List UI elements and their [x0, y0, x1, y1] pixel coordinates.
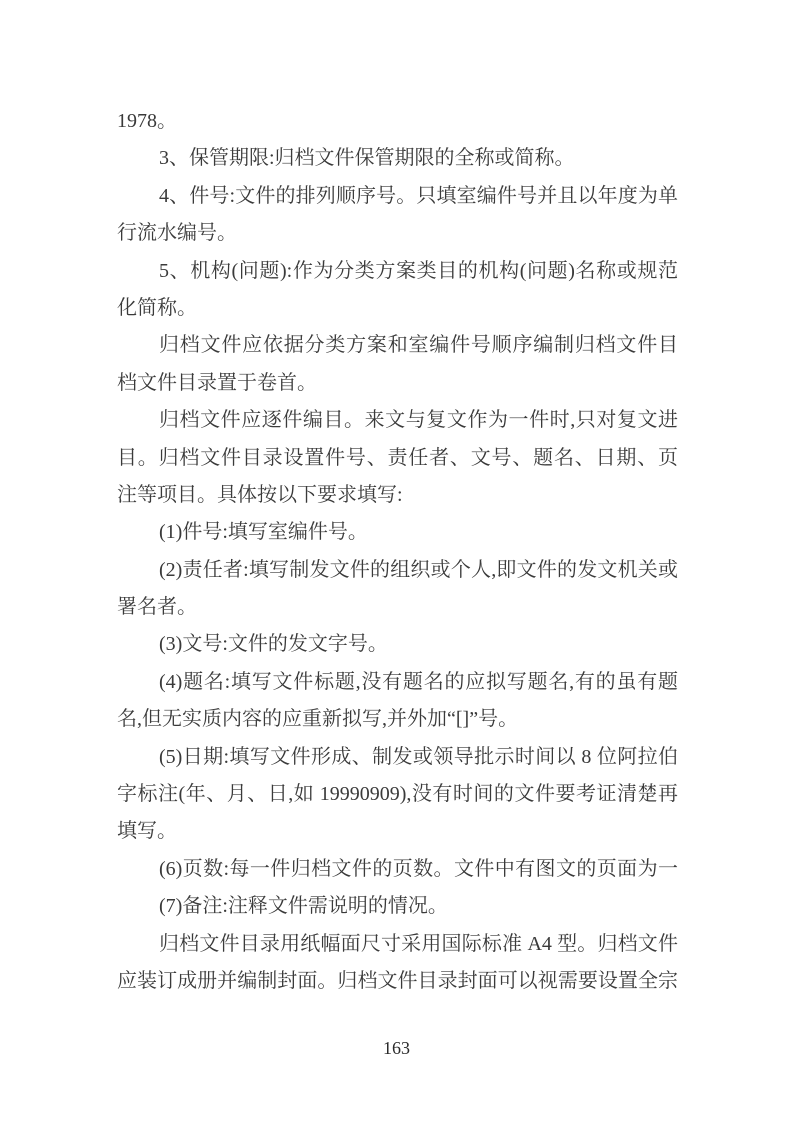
text-line: (3)文号:文件的发文字号。: [117, 626, 678, 663]
text-line: 5、机构(问题):作为分类方案类目的机构(问题)名称或规范: [117, 253, 678, 290]
text-line: 注等项目。具体按以下要求填写:: [117, 477, 678, 514]
text-line: 填写。: [117, 813, 678, 850]
text-line: (7)备注:注释文件需说明的情况。: [117, 888, 678, 925]
text-line: 档文件目录置于卷首。: [117, 365, 678, 402]
document-page: 1978。3、保管期限:归档文件保管期限的全称或简称。4、件号:文件的排列顺序号…: [0, 0, 793, 1122]
text-line: 归档文件应逐件编目。来文与复文作为一件时,只对复文进行编: [117, 402, 678, 439]
document-text: 1978。3、保管期限:归档文件保管期限的全称或简称。4、件号:文件的排列顺序号…: [117, 103, 678, 1000]
text-line: 行流水编号。: [117, 215, 678, 252]
text-line: 化简称。: [117, 290, 678, 327]
page-number: 163: [0, 1038, 793, 1059]
text-line: 署名者。: [117, 589, 678, 626]
text-line: (6)页数:每一件归档文件的页数。文件中有图文的页面为一页。: [117, 851, 678, 888]
text-line: 1978。: [117, 103, 678, 140]
text-line: 应装订成册并编制封面。归档文件目录封面可以视需要设置全宗名称、: [117, 963, 678, 1000]
text-line: (2)责任者:填写制发文件的组织或个人,即文件的发文机关或: [117, 552, 678, 589]
text-line: 名,但无实质内容的应重新拟写,并外加“[]”号。: [117, 701, 678, 738]
text-line: (1)件号:填写室编件号。: [117, 514, 678, 551]
text-line: 3、保管期限:归档文件保管期限的全称或简称。: [117, 140, 678, 177]
text-line: (5)日期:填写文件形成、制发或领导批示时间以 8 位阿拉伯数: [117, 739, 678, 776]
text-line: 目。归档文件目录设置件号、责任者、文号、题名、日期、页数、备: [117, 440, 678, 477]
text-line: 归档文件应依据分类方案和室编件号顺序编制归档文件目录。归: [117, 327, 678, 364]
text-line: (4)题名:填写文件标题,没有题名的应拟写题名,有的虽有题: [117, 664, 678, 701]
text-line: 归档文件目录用纸幅面尺寸采用国际标准 A4 型。归档文件目录: [117, 926, 678, 963]
text-line: 字标注(年、月、日,如 19990909),没有时间的文件要考证清楚再: [117, 776, 678, 813]
text-line: 4、件号:文件的排列顺序号。只填室编件号并且以年度为单位进: [117, 178, 678, 215]
